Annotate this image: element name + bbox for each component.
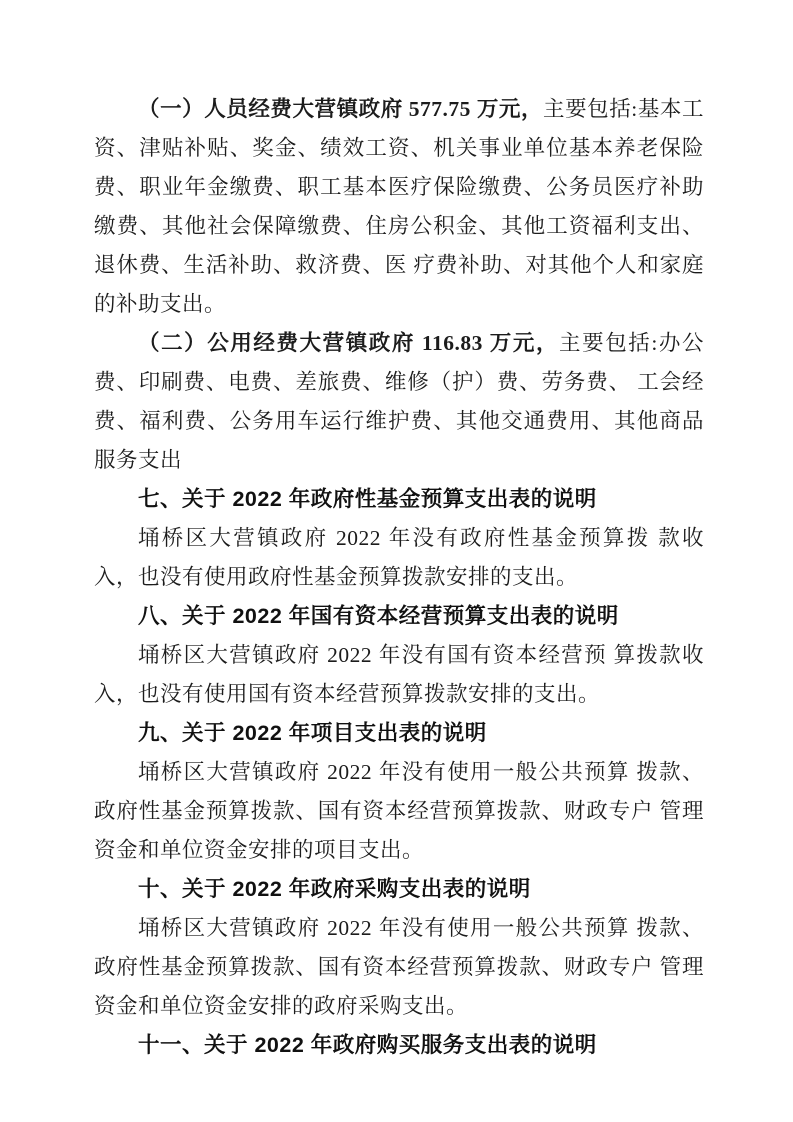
section-heading-9: 九、关于 2022 年项目支出表的说明 bbox=[94, 714, 704, 753]
section-heading-11: 十一、关于 2022 年政府购买服务支出表的说明 bbox=[94, 1026, 704, 1065]
paragraph-public-expense: （二）公用经费大营镇政府 116.83 万元，主要包括:办公费、印刷费、电费、差… bbox=[94, 324, 704, 480]
paragraph-govt-procurement: 埇桥区大营镇政府 2022 年没有使用一般公共预算 拨款、政府性基金预算拨款、国… bbox=[94, 909, 704, 1026]
paragraph-project-expenditure: 埇桥区大营镇政府 2022 年没有使用一般公共预算 拨款、政府性基金预算拨款、国… bbox=[94, 753, 704, 870]
paragraph-text: 主要包括:基本工资、津贴补贴、奖金、绩效工资、机关事业单位基本养老保险费、职业年… bbox=[94, 97, 704, 316]
paragraph-govt-fund-budget: 埇桥区大营镇政府 2022 年没有政府性基金预算拨 款收入，也没有使用政府性基金… bbox=[94, 519, 704, 597]
document-content: （一）人员经费大营镇政府 577.75 万元，主要包括:基本工资、津贴补贴、奖金… bbox=[94, 90, 704, 1065]
paragraph-bold-lead: （一）人员经费大营镇政府 577.75 万元， bbox=[138, 97, 543, 121]
document-page: （一）人员经费大营镇政府 577.75 万元，主要包括:基本工资、津贴补贴、奖金… bbox=[0, 0, 793, 1122]
paragraph-bold-lead: （二）公用经费大营镇政府 116.83 万元， bbox=[138, 331, 559, 355]
section-heading-7: 七、关于 2022 年政府性基金预算支出表的说明 bbox=[94, 480, 704, 519]
section-heading-8: 八、关于 2022 年国有资本经营预算支出表的说明 bbox=[94, 597, 704, 636]
paragraph-personnel-expense: （一）人员经费大营镇政府 577.75 万元，主要包括:基本工资、津贴补贴、奖金… bbox=[94, 90, 704, 324]
paragraph-state-capital-budget: 埇桥区大营镇政府 2022 年没有国有资本经营预 算拨款收入，也没有使用国有资本… bbox=[94, 636, 704, 714]
section-heading-10: 十、关于 2022 年政府采购支出表的说明 bbox=[94, 870, 704, 909]
